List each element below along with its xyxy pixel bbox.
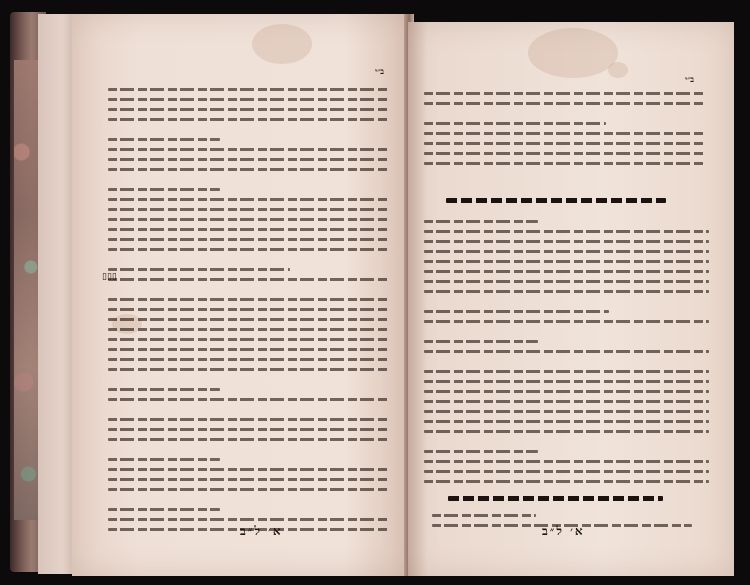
section-heading bbox=[446, 198, 666, 203]
paragraph bbox=[108, 88, 388, 121]
paragraph bbox=[424, 340, 709, 353]
paragraph bbox=[108, 458, 388, 491]
paragraph bbox=[424, 122, 704, 165]
paragraph bbox=[108, 388, 388, 401]
right-page: ב״י א׳ ל״ב bbox=[408, 22, 734, 576]
paragraph bbox=[424, 450, 709, 483]
right-page-corner-number: ב״י bbox=[685, 74, 694, 84]
paragraph bbox=[424, 92, 704, 105]
section-heading bbox=[448, 496, 663, 501]
cover-marbling bbox=[14, 60, 38, 520]
paragraph bbox=[108, 138, 388, 171]
right-page-body-top bbox=[424, 92, 704, 172]
right-page-body-middle bbox=[424, 220, 709, 490]
paragraph bbox=[424, 310, 709, 323]
paragraph bbox=[424, 370, 709, 433]
left-page-signature: א׳ ל״ב bbox=[240, 524, 283, 539]
left-page-body bbox=[108, 88, 388, 538]
paragraph bbox=[108, 188, 388, 251]
paragraph bbox=[108, 418, 388, 441]
left-page: ב״י bbox=[72, 14, 412, 576]
paragraph bbox=[108, 298, 388, 371]
left-page-corner-number: ב״י bbox=[375, 66, 384, 76]
paragraph bbox=[424, 220, 709, 293]
margin-marker: ▯▯▯ bbox=[102, 272, 117, 282]
right-page-signature: א׳ ל״ב bbox=[542, 524, 585, 539]
paragraph bbox=[108, 268, 388, 281]
